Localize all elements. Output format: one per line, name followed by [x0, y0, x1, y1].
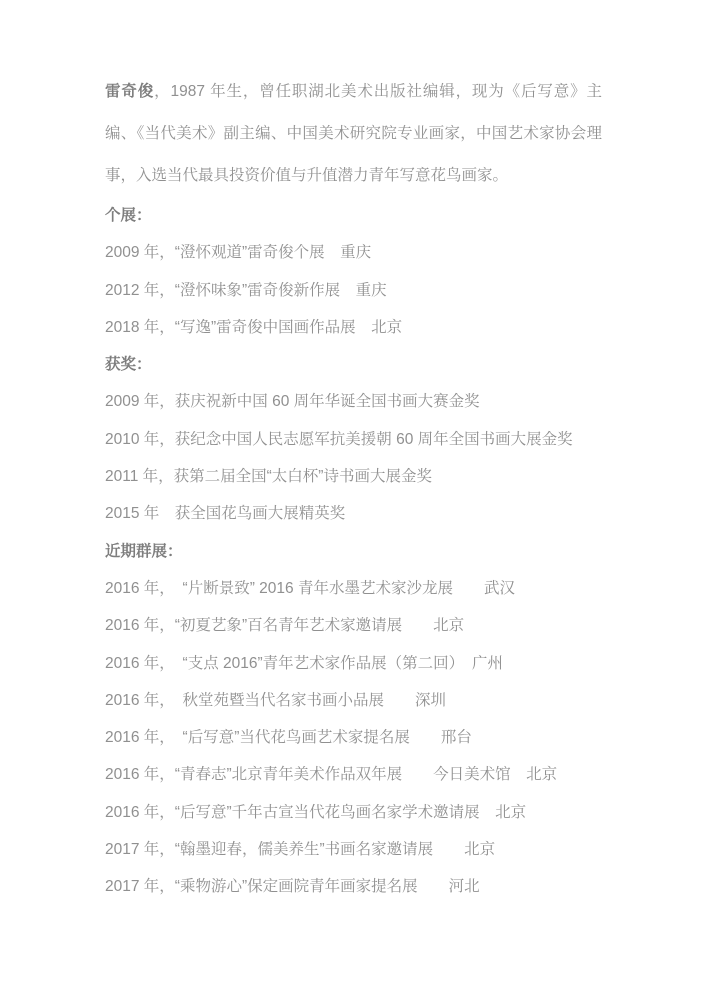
list-item: 2016 年，“青春志”北京青年美术作品双年展 今日美术馆 北京 [105, 756, 602, 793]
intro-text: ，1987 年生，曾任职湖北美术出版社编辑，现为《后写意》主编、《当代美术》副主… [105, 83, 602, 184]
list-item: 2010 年，获纪念中国人民志愿军抗美援朝 60 周年全国书画大展金奖 [105, 421, 602, 458]
list-item: 2016 年，“初夏艺象”百名青年艺术家邀请展 北京 [105, 607, 602, 644]
section-heading-solo-exhibitions: 个展： [105, 197, 602, 234]
list-item: 2017 年，“翰墨迎春，儒美养生”书画名家邀请展 北京 [105, 831, 602, 868]
list-item: 2015 年 获全国花鸟画大展精英奖 [105, 495, 602, 532]
intro-paragraph: 雷奇俊，1987 年生，曾任职湖北美术出版社编辑，现为《后写意》主编、《当代美术… [105, 71, 602, 197]
list-item: 2009 年，获庆祝新中国 60 周年华诞全国书画大赛金奖 [105, 383, 602, 420]
list-item: 2017 年，“乘物游心”保定画院青年画家提名展 河北 [105, 868, 602, 905]
document-page: 雷奇俊，1987 年生，曾任职湖北美术出版社编辑，现为《后写意》主编、《当代美术… [0, 0, 706, 1000]
list-item: 2016 年，“后写意”千年古宣当代花鸟画名家学术邀请展 北京 [105, 794, 602, 831]
artist-name: 雷奇俊 [105, 83, 154, 100]
section-heading-recent-group-exhibitions: 近期群展： [105, 533, 602, 570]
section-heading-awards: 获奖： [105, 346, 602, 383]
list-item: 2011 年，获第二届全国“太白杯”诗书画大展金奖 [105, 458, 602, 495]
list-item: 2018 年，“写逸”雷奇俊中国画作品展 北京 [105, 309, 602, 346]
list-item: 2009 年，“澄怀观道”雷奇俊个展 重庆 [105, 234, 602, 271]
list-item: 2016 年， “片断景致” 2016 青年水墨艺术家沙龙展 武汉 [105, 570, 602, 607]
list-item: 2016 年， “支点 2016”青年艺术家作品展（第二回） 广州 [105, 645, 602, 682]
list-item: 2016 年， 秋堂苑暨当代名家书画小品展 深圳 [105, 682, 602, 719]
list-item: 2012 年，“澄怀味象”雷奇俊新作展 重庆 [105, 272, 602, 309]
list-item: 2016 年， “后写意”当代花鸟画艺术家提名展 邢台 [105, 719, 602, 756]
